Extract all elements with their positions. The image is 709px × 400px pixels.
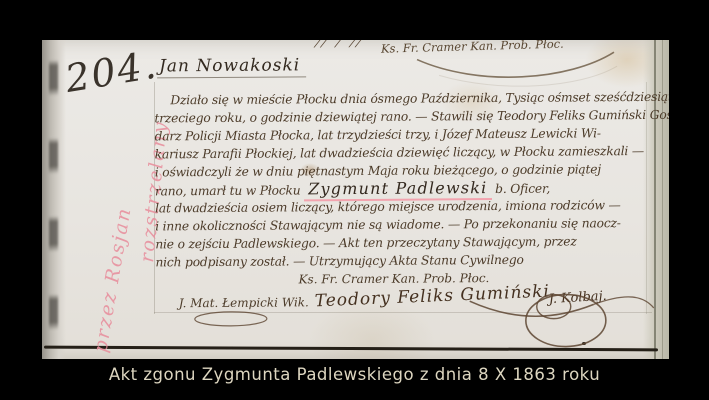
photo-caption: Akt zgonu Zygmunta Padlewskiego z dnia 8… xyxy=(0,365,709,384)
body-line: nich podpisany został. — Utrzymujący Akt… xyxy=(155,250,669,272)
margin-note-line2: przez Rosjan xyxy=(89,205,135,354)
document-photo: ⁄⁄ ⁄ ⁄⁄ Ks. Fr. Cramer Kan. Prob. Płoc. … xyxy=(42,40,669,359)
death-line-suffix: b. Oficer, xyxy=(491,182,550,196)
deceased-header-name: Jan Nowakoski xyxy=(157,55,306,78)
death-line-prefix: rano, umarł tu w Płocku xyxy=(155,183,304,198)
cutoff-line-strokes: ⁄⁄ ⁄ ⁄⁄ xyxy=(317,40,364,51)
act-body-text: Działo się w mieście Płocku dnia ósmego … xyxy=(154,88,669,272)
signature-left-flourish xyxy=(189,309,279,332)
handwriting-layer: ⁄⁄ ⁄ ⁄⁄ Ks. Fr. Cramer Kan. Prob. Płoc. … xyxy=(42,40,669,359)
pen-flourish-top xyxy=(409,48,624,90)
signature-flourish xyxy=(468,278,659,357)
body-line: i inne okoliczności Stawającym nie są wi… xyxy=(155,214,669,236)
record-number: 204. xyxy=(62,42,161,101)
registrar-line: Ks. Fr. Cramer Kan. Prob. Płoc. xyxy=(299,271,490,286)
